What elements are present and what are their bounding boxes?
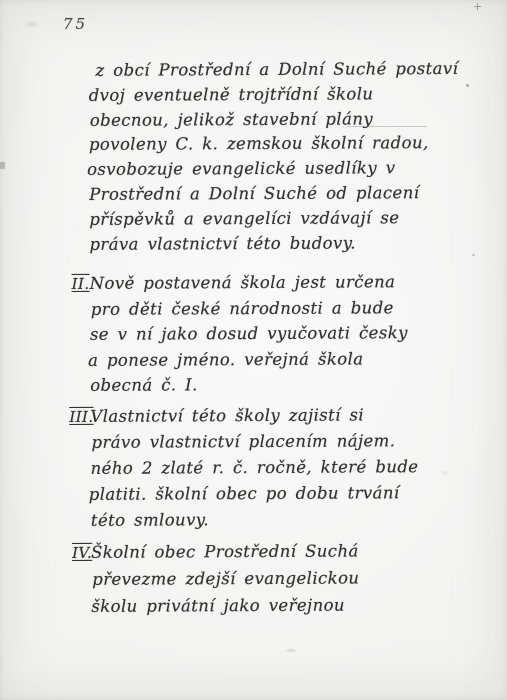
text-line: této smlouvy.	[91, 509, 456, 537]
text-line: osvobozuje evangelické usedlíky v	[87, 158, 454, 185]
text-line: školu privátní jako veřejnou	[91, 595, 456, 624]
paragraph-numeral: II.	[72, 275, 90, 293]
text-line: se v ní jako dosud vyučovati česky	[90, 323, 455, 350]
manuscript-text: z obcí Prostřední a Dolní Suché postaví …	[0, 0, 507, 700]
text-line: Školní obec Prostřední Suchá	[91, 541, 456, 570]
manuscript-page: 75 z obcí Prostřední a Dolní Suché posta…	[0, 0, 507, 700]
paragraph-numeral: IV.	[72, 544, 92, 562]
text-line: práva vlastnictví této budovy.	[89, 233, 454, 260]
text-line: platiti. školní obec po dobu trvání	[89, 483, 456, 511]
text-line: pro děti české národnosti a bude	[91, 297, 455, 324]
text-line: obecná č. I.	[90, 374, 455, 401]
text-line: povoleny C. k. zemskou školní radou,	[89, 133, 454, 160]
paragraph-iii: III. Vlastnictví této školy zajistí si p…	[90, 405, 456, 537]
text-line: Prostřední a Dolní Suché od placení	[89, 183, 454, 210]
paragraph-continuation: z obcí Prostřední a Dolní Suché postaví …	[88, 59, 454, 259]
text-line: příspěvků a evangelíci vzdávají se	[89, 208, 454, 235]
text-line: převezme zdejší evangelickou	[92, 568, 456, 597]
paragraph-numeral: III.	[69, 408, 93, 426]
paragraph-ii: II. Nově postavená škola jest určena pro…	[90, 272, 456, 401]
text-line: dvoj eventuelně trojtřídní školu	[89, 84, 454, 111]
text-line: Nově postavená škola jest určena	[90, 272, 455, 299]
text-line: Vlastnictví této školy zajistí si	[90, 405, 455, 433]
text-line: z obcí Prostřední a Dolní Suché postaví	[88, 59, 453, 86]
text-line: ného 2 zlaté r. č. ročně, které bude	[91, 457, 456, 485]
text-line: a ponese jméno. veřejná škola	[88, 348, 455, 375]
text-line: obecnou, jelikož stavební plány	[90, 109, 454, 136]
paragraph-iv: IV. Školní obec Prostřední Suchá převezm…	[91, 541, 456, 624]
text-line: právo vlastnictví placením nájem.	[91, 431, 455, 459]
